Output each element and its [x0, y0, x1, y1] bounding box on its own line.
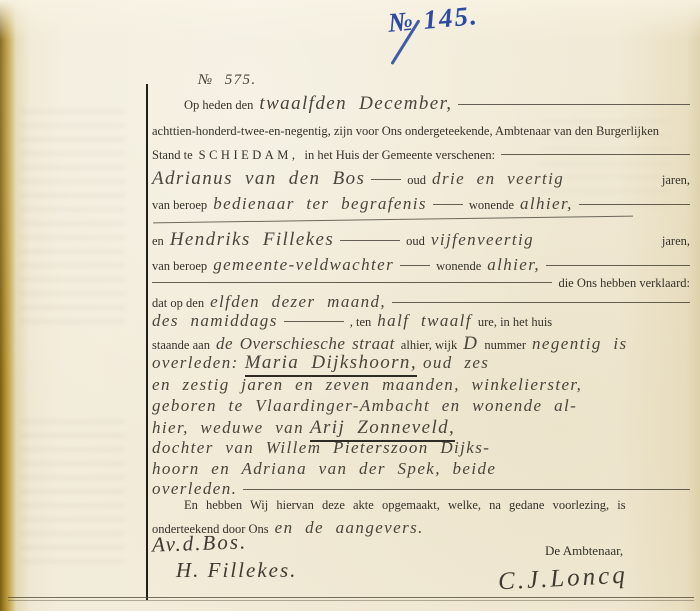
line-death-time: des namiddags , ten half twaalf ure, in … [152, 311, 690, 331]
line-declarant2-occupation: van beroep gemeente-veldwachter wonende … [152, 255, 690, 275]
bleedthrough-smudge [20, 110, 125, 330]
dash [400, 265, 430, 266]
label-van-beroep: van beroep [152, 259, 207, 274]
signature-declarant2: H. Fillekes. [176, 558, 297, 583]
line-year: achttien-honderd-twee-en-negentig, zijn … [152, 124, 690, 139]
declarant1-age: drie en veertig [432, 169, 564, 189]
filler-rule [458, 104, 690, 105]
filler-rule [501, 154, 690, 155]
label-oud: oud [406, 234, 425, 249]
dash [340, 240, 400, 241]
label-ten: , ten [350, 315, 372, 330]
label-nummer: nummer [484, 338, 526, 353]
hw-age-line: en zestig jaren en zeven maanden, winkel… [152, 375, 582, 395]
label-wonende: wonende [436, 259, 481, 274]
printed-year-line: achttien-honderd-twee-en-negentig, zijn … [152, 124, 659, 139]
line-date: Op heden den twaalfden December, [152, 93, 690, 115]
blue-folio-number: № 145. [387, 0, 480, 39]
hw-street: de Overschiesche straat [216, 334, 395, 354]
hw-hour: half twaalf [377, 311, 472, 331]
line-parents-deceased: overleden. [152, 479, 690, 499]
hw-daypart: des namiddags [152, 311, 278, 331]
line-mother: hoorn en Adriana van der Spek, beide [152, 459, 690, 479]
declarant1-occupation: bedienaar ter begrafenis [213, 194, 427, 214]
declarant2-name: Hendriks Fillekes [170, 229, 334, 251]
label-wonende: wonende [469, 198, 514, 213]
hw-closing2: en de aangevers. [275, 518, 424, 538]
filler-rule [152, 282, 552, 283]
label-op-heden-den: Op heden den [152, 98, 253, 113]
line-declarant1-occupation: van beroep bedienaar ter begrafenis wone… [152, 194, 690, 214]
signature-official: C.J.Loncq [497, 562, 628, 597]
line-father: dochter van Willem Pieterszoon Dijks- [152, 438, 690, 458]
label-verklaard: die Ons hebben verklaard: [558, 276, 690, 291]
label-oud: oud [407, 173, 426, 188]
hw-age-start: oud zes [423, 353, 489, 373]
declarant2-occupation: gemeente-veldwachter [213, 255, 394, 275]
label-ambtenaar: De Ambtenaar, [545, 543, 623, 559]
act-number: № 575. [198, 72, 257, 89]
dash [371, 179, 401, 180]
hw-born-line: geboren te Vlaardinger-Ambacht en wonend… [152, 396, 577, 416]
bottom-rule [8, 597, 694, 601]
hw-daughter-line: dochter van Willem Pieterszoon Dijks- [152, 438, 490, 458]
city-name: SCHIEDAM, [199, 148, 299, 163]
margin-rule [146, 84, 148, 600]
label-dat-op-den: dat op den [152, 296, 204, 311]
label-en: en [152, 234, 164, 249]
line-declarant2: en Hendriks Fillekes oud vijfenveertig j… [152, 229, 690, 251]
filler-rule [392, 302, 690, 303]
label-jaren: jaren, [662, 234, 690, 249]
declarant2-residence: alhier, [487, 255, 540, 275]
declarant1-name: Adrianus van den Bos [152, 168, 365, 190]
line-closing1: En hebben Wij hiervan deze akte opgemaak… [152, 498, 690, 513]
line-verklaard: die Ons hebben verklaard: [152, 276, 690, 291]
line-declarant1: Adrianus van den Bos oud drie en veertig… [152, 168, 690, 190]
signature-declarant1: Av.d.Bos. [152, 529, 248, 557]
label-stand-te: Stand te [152, 148, 193, 163]
filler-rule [546, 265, 690, 266]
label-alhier-wijk: alhier, wijk [401, 338, 457, 353]
line-birthplace: geboren te Vlaardinger-Ambacht en wonend… [152, 396, 690, 416]
label-huis-gemeente: in het Huis der Gemeente verschenen: [305, 148, 496, 163]
separator-rule [153, 216, 633, 224]
line-deceased-age: en zestig jaren en zeven maanden, winkel… [152, 375, 690, 395]
printed-closing1: En hebben Wij hiervan deze akte opgemaak… [152, 498, 626, 513]
label-jaren: jaren, [662, 173, 690, 188]
hw-parents-line: hoorn en Adriana van der Spek, beide [152, 459, 496, 479]
line-death-day: dat op den elfden dezer maand, [152, 292, 690, 312]
line-city: Stand te SCHIEDAM, in het Huis der Gemee… [152, 148, 690, 163]
filler-rule [579, 204, 690, 205]
label-staande-aan: staande aan [152, 338, 210, 353]
dash [433, 204, 463, 205]
dash [284, 321, 344, 322]
label-ure: ure, in het huis [478, 315, 552, 330]
hw-close-line: overleden. [152, 479, 237, 499]
line-deceased: overleden: Maria Dijkshoorn, oud zes [152, 352, 690, 377]
bleedthrough-smudge [20, 420, 125, 570]
hw-death-day: elfden dezer maand, [210, 292, 386, 312]
hw-overleden: overleden: [152, 353, 239, 373]
declarant1-residence: alhier, [520, 194, 573, 214]
label-van-beroep: van beroep [152, 198, 207, 213]
hw-house-number: negentig is [532, 334, 628, 354]
filler-rule [243, 489, 690, 490]
hw-widow-pre: hier, weduwe van [152, 418, 304, 438]
declarant2-age: vijfenveertig [431, 230, 534, 250]
hw-date: twaalfden December, [259, 93, 452, 115]
deceased-name: Maria Dijkshoorn, [245, 352, 417, 377]
scanned-death-record-page: № 145. № 575. Op heden den twaalfden Dec… [0, 0, 700, 611]
